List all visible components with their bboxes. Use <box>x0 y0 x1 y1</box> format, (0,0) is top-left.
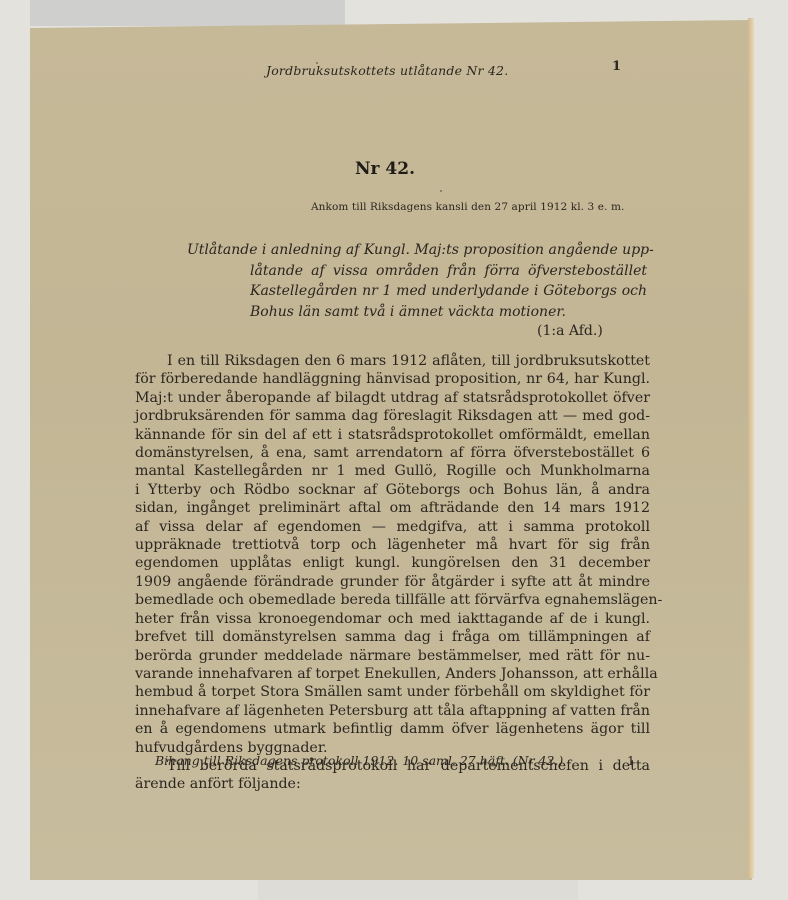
footer-page-number: 1 <box>627 753 635 768</box>
body-line: varande innehafvaren af torpet Enekullen… <box>135 665 650 683</box>
body-line: heter från vissa kronoegendomar och med … <box>135 610 650 628</box>
body-line: innehafvare af lägenheten Petersburg att… <box>135 702 650 720</box>
document-number-heading: Nr 42. <box>355 159 415 179</box>
body-line: brefvet till domänstyrelsen samma dag i … <box>135 628 650 646</box>
title-line: låtande af vissa områden från förra öfve… <box>250 261 647 282</box>
body-line: uppräknade trettiotvå torp och lägenhete… <box>135 536 650 554</box>
body-line: sidan, ingånget preliminärt aftal om aft… <box>135 499 650 517</box>
title-line: Kastellegården nr 1 med underlydande i G… <box>250 281 647 302</box>
background-card <box>30 0 345 26</box>
body-line: i Ytterby och Rödbo socknar af Göteborgs… <box>135 481 650 499</box>
division-label: (1:a Afd.) <box>537 323 603 339</box>
body-line: Maj:t under åberopande af bilagdt utdrag… <box>135 389 650 407</box>
body-line: jordbruksärenden för samma dag föreslagi… <box>135 407 650 425</box>
body-line: egendomen upplåtas enligt kungl. kungöre… <box>135 554 650 572</box>
running-header: Jordbruksutskottets utlåtande Nr 42. <box>266 63 508 78</box>
body-line: för förberedande handläggning hänvisad p… <box>135 370 650 388</box>
body-line: bemedlade och obemedlade bereda tillfäll… <box>135 591 650 609</box>
page-footer: Bihang till Riksdagens protokoll 1912. 1… <box>155 753 635 768</box>
body-line: domänstyrelsen, å ena, samt arrendatorn … <box>135 444 650 462</box>
page-edge <box>748 18 754 878</box>
footer-citation: Bihang till Riksdagens protokoll 1912. 1… <box>155 753 563 768</box>
body-line: hembud å torpet Stora Smällen samt under… <box>135 683 650 701</box>
body-line: I en till Riksdagen den 6 mars 1912 aflå… <box>135 352 650 370</box>
body-line: en å egendomens utmark befintlig damm öf… <box>135 720 650 738</box>
document-title: Utlåtande i anledning af Kungl. Maj:ts p… <box>187 240 647 322</box>
body-paragraph: I en till Riksdagen den 6 mars 1912 aflå… <box>135 352 650 794</box>
title-line: Utlåtande i anledning af Kungl. Maj:ts p… <box>187 240 647 261</box>
body-line: af vissa delar af egendomen — medgifva, … <box>135 518 650 536</box>
received-stamp-line: Ankom till Riksdagens kansli den 27 apri… <box>311 201 624 213</box>
body-line: ärende anfört följande: <box>135 775 650 793</box>
title-line: Bohus län samt två i ämnet väckta motion… <box>250 302 647 323</box>
body-line: berörda grunder meddelade närmare bestäm… <box>135 647 650 665</box>
body-line: mantal Kastellegården nr 1 med Gullö, Ro… <box>135 462 650 480</box>
body-line: kännande för sin del af ett i statsrådsp… <box>135 426 650 444</box>
paper-speck <box>316 62 318 64</box>
body-line: 1909 angående förändrade grunder för åtg… <box>135 573 650 591</box>
paper-speck <box>440 190 442 192</box>
page-number: 1 <box>612 59 621 74</box>
